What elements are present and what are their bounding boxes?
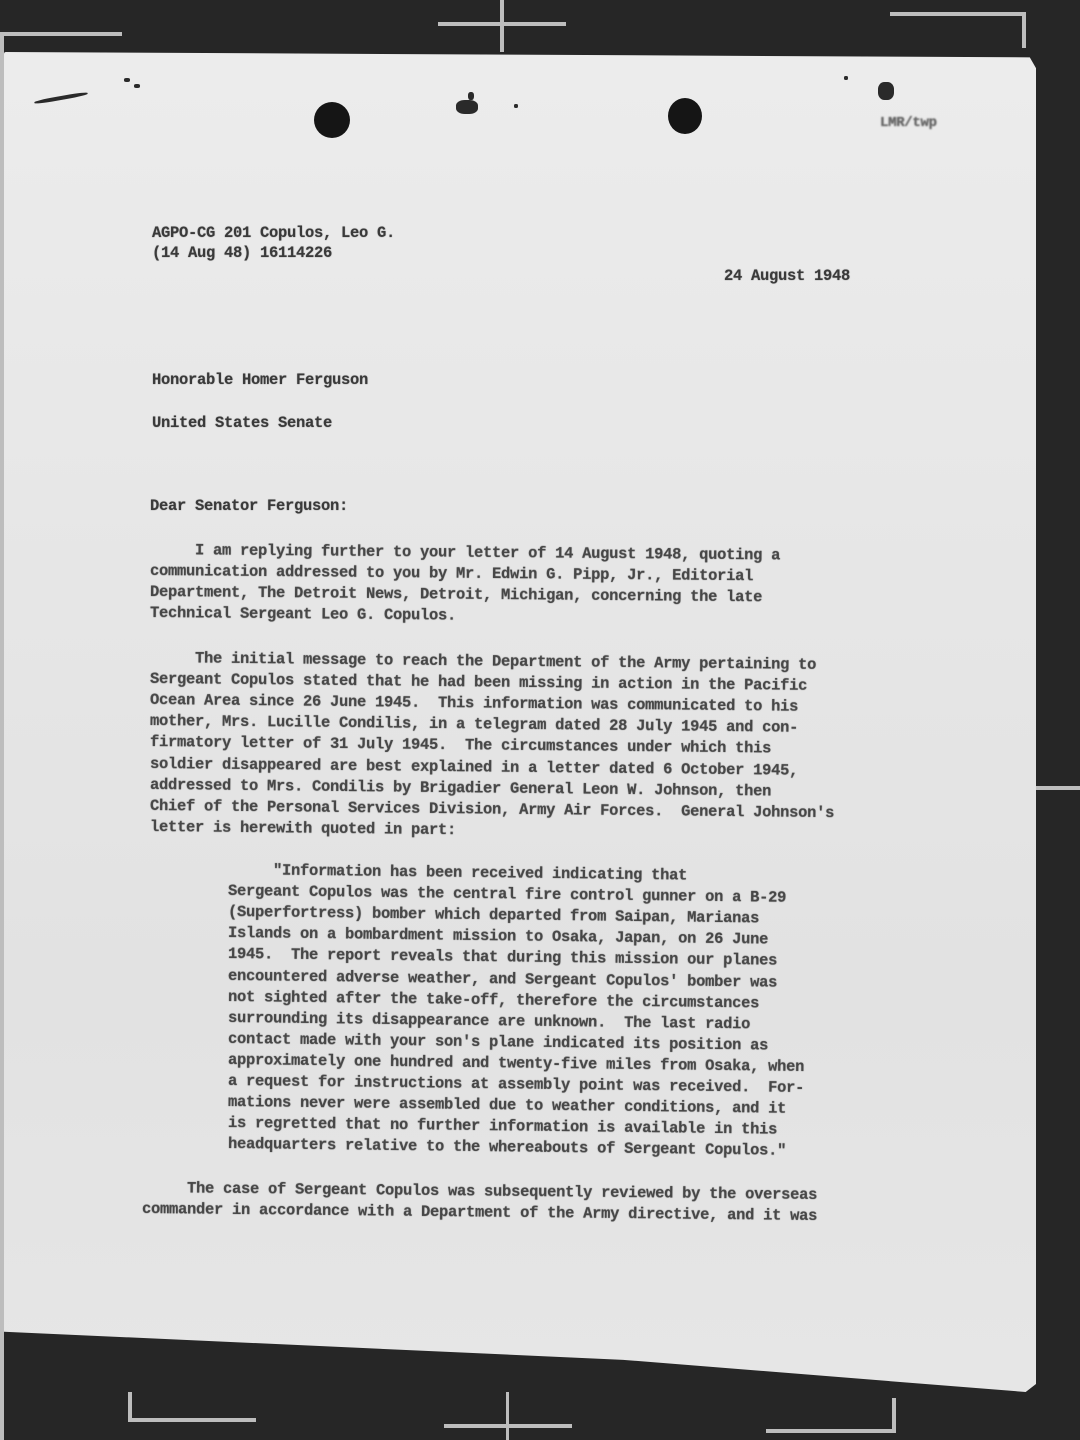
ink-speck: [844, 76, 848, 80]
reference-initials: LMR/twp: [880, 113, 937, 134]
punch-hole: [668, 98, 702, 134]
salutation: Dear Senator Ferguson:: [150, 496, 348, 517]
frame-mark: [506, 1392, 509, 1440]
frame-mark: [128, 1418, 256, 1422]
addressee-name: Honorable Homer Ferguson: [152, 370, 368, 391]
addressee-office: United States Senate: [152, 413, 332, 434]
frame-mark: [1022, 12, 1026, 48]
frame-mark: [1036, 786, 1080, 790]
ink-speck: [34, 91, 88, 104]
punch-hole: [314, 102, 350, 138]
ink-speck: [456, 100, 478, 114]
file-reference-line: (14 Aug 48) 16114226: [152, 243, 332, 264]
frame-mark: [766, 1429, 896, 1433]
text-line: Technical Sergeant Leo G. Copulos.: [150, 603, 456, 627]
letter-date: 24 August 1948: [724, 266, 850, 287]
text-line: letter is herewith quoted in part:: [150, 817, 456, 841]
frame-mark: [500, 0, 504, 52]
frame-mark: [0, 36, 4, 1440]
ink-speck: [878, 82, 894, 100]
ink-speck: [468, 92, 474, 100]
frame-mark: [0, 32, 122, 36]
ink-speck: [124, 78, 130, 82]
ink-speck: [134, 84, 140, 88]
ink-speck: [514, 104, 518, 108]
file-reference-line: AGPO-CG 201 Copulos, Leo G.: [152, 223, 395, 244]
frame-mark: [892, 1398, 896, 1433]
frame-mark: [890, 12, 1026, 16]
